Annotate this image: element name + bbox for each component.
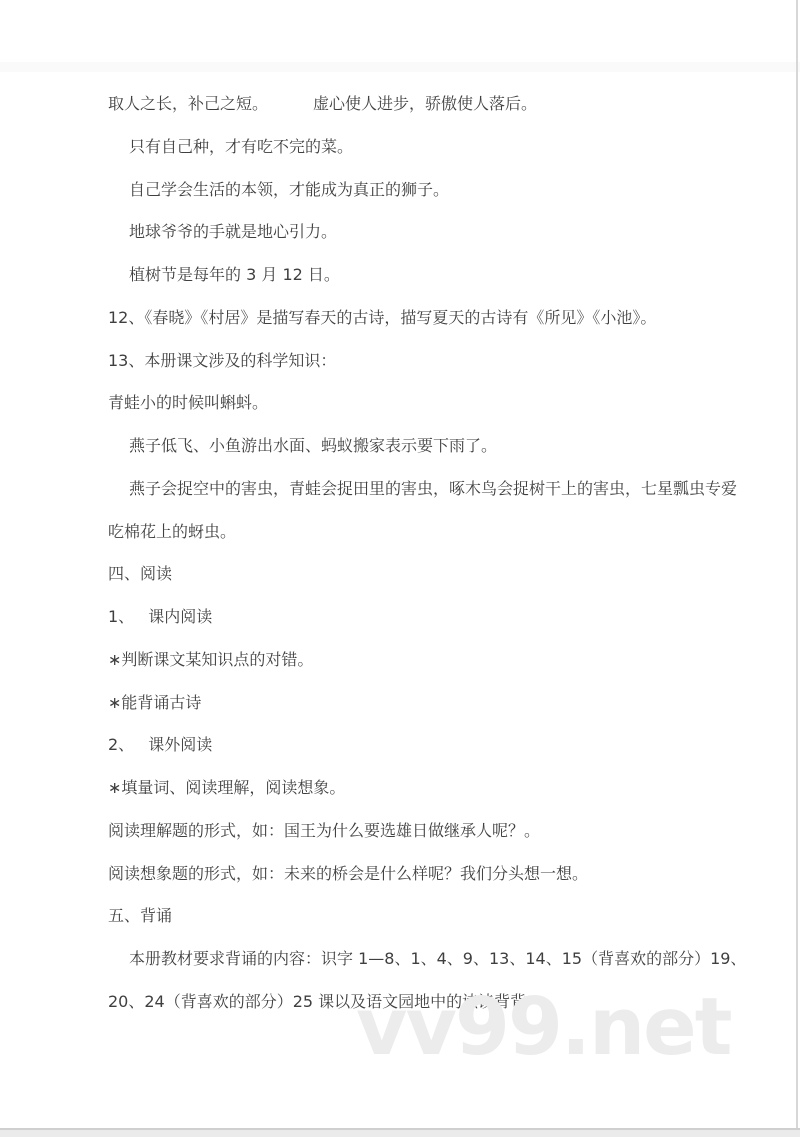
text-segment: ∗填量词、阅读理解，阅读想象。 [108, 767, 345, 810]
text-line: 自己学会生活的本领，才能成为真正的狮子。 [129, 169, 760, 212]
text-segment: 课外阅读 [148, 724, 212, 767]
text-line: 12、《春晓》《村居》是描写春天的古诗，描写夏天的古诗有《所见》《小池》。 [108, 297, 760, 340]
right-edge-border [796, 0, 798, 1130]
text-line: 阅读想象题的形式，如：未来的桥会是什么样呢？我们分头想一想。 [108, 853, 760, 896]
text-segment: ∗判断课文某知识点的对错。 [108, 639, 313, 682]
document-body: 取人之长，补己之短。虚心使人进步，骄傲使人落后。只有自己种，才有吃不完的菜。自己… [108, 83, 760, 1024]
text-line: ∗判断课文某知识点的对错。 [108, 639, 760, 682]
text-segment: 本册教材要求背诵的内容：识字 1—8、1、4、9、13、14、15（背喜欢的部分… [129, 938, 746, 981]
text-line: 植树节是每年的 3 月 12 日。 [129, 254, 760, 297]
watermark: vv99.net [356, 988, 731, 1067]
text-segment: 植树节是每年的 3 月 12 日。 [129, 254, 340, 297]
text-line: 阅读理解题的形式，如：国王为什么要选雄日做继承人呢？。 [108, 810, 760, 853]
text-segment: 虚心使人进步，骄傲使人落后。 [313, 83, 537, 126]
text-segment: 燕子低飞、小鱼游出水面、蚂蚁搬家表示要下雨了。 [129, 425, 497, 468]
text-line: ∗能背诵古诗 [108, 682, 760, 725]
text-line: 青蛙小的时候叫蝌蚪。 [108, 382, 760, 425]
text-line: 1、课内阅读 [108, 596, 760, 639]
text-line: 五、背诵 [108, 895, 760, 938]
text-segment: 五、背诵 [108, 895, 172, 938]
text-segment: 12、《春晓》《村居》是描写春天的古诗，描写夏天的古诗有《所见》《小池》。 [108, 297, 656, 340]
bottom-edge-band [0, 1130, 800, 1137]
text-segment: 课内阅读 [148, 596, 212, 639]
text-line: 四、阅读 [108, 553, 760, 596]
text-line: 取人之长，补己之短。虚心使人进步，骄傲使人落后。 [108, 83, 760, 126]
text-segment: 地球爷爷的手就是地心引力。 [129, 211, 337, 254]
text-segment: 1、 [108, 596, 134, 639]
text-segment: 2、 [108, 724, 134, 767]
text-line: 2、课外阅读 [108, 724, 760, 767]
text-segment: 阅读想象题的形式，如：未来的桥会是什么样呢？我们分头想一想。 [108, 853, 588, 896]
text-line: 本册教材要求背诵的内容：识字 1—8、1、4、9、13、14、15（背喜欢的部分… [129, 938, 760, 981]
text-segment: ∗能背诵古诗 [108, 682, 201, 725]
text-segment: 取人之长，补己之短。 [108, 83, 268, 126]
text-line: 13、本册课文涉及的科学知识： [108, 340, 760, 383]
text-line: 地球爷爷的手就是地心引力。 [129, 211, 760, 254]
text-segment: 四、阅读 [108, 553, 172, 596]
text-line: 燕子会捉空中的害虫，青蛙会捉田里的害虫，啄木鸟会捉树干上的害虫，七星瓢虫专爱 [129, 468, 760, 511]
text-segment: 自己学会生活的本领，才能成为真正的狮子。 [129, 169, 449, 212]
text-segment: 青蛙小的时候叫蝌蚪。 [108, 382, 268, 425]
text-segment: 吃棉花上的蚜虫。 [108, 511, 236, 554]
text-line: 吃棉花上的蚜虫。 [108, 511, 760, 554]
text-line: 只有自己种，才有吃不完的菜。 [129, 126, 760, 169]
text-line: 燕子低飞、小鱼游出水面、蚂蚁搬家表示要下雨了。 [129, 425, 760, 468]
text-segment: 只有自己种，才有吃不完的菜。 [129, 126, 353, 169]
document-page: 取人之长，补己之短。虚心使人进步，骄傲使人落后。只有自己种，才有吃不完的菜。自己… [0, 0, 800, 1137]
text-line: ∗填量词、阅读理解，阅读想象。 [108, 767, 760, 810]
text-segment: 燕子会捉空中的害虫，青蛙会捉田里的害虫，啄木鸟会捉树干上的害虫，七星瓢虫专爱 [129, 468, 737, 511]
page-fold-shade [0, 62, 800, 72]
text-segment: 阅读理解题的形式，如：国王为什么要选雄日做继承人呢？。 [108, 810, 540, 853]
text-segment: 13、本册课文涉及的科学知识： [108, 340, 336, 383]
